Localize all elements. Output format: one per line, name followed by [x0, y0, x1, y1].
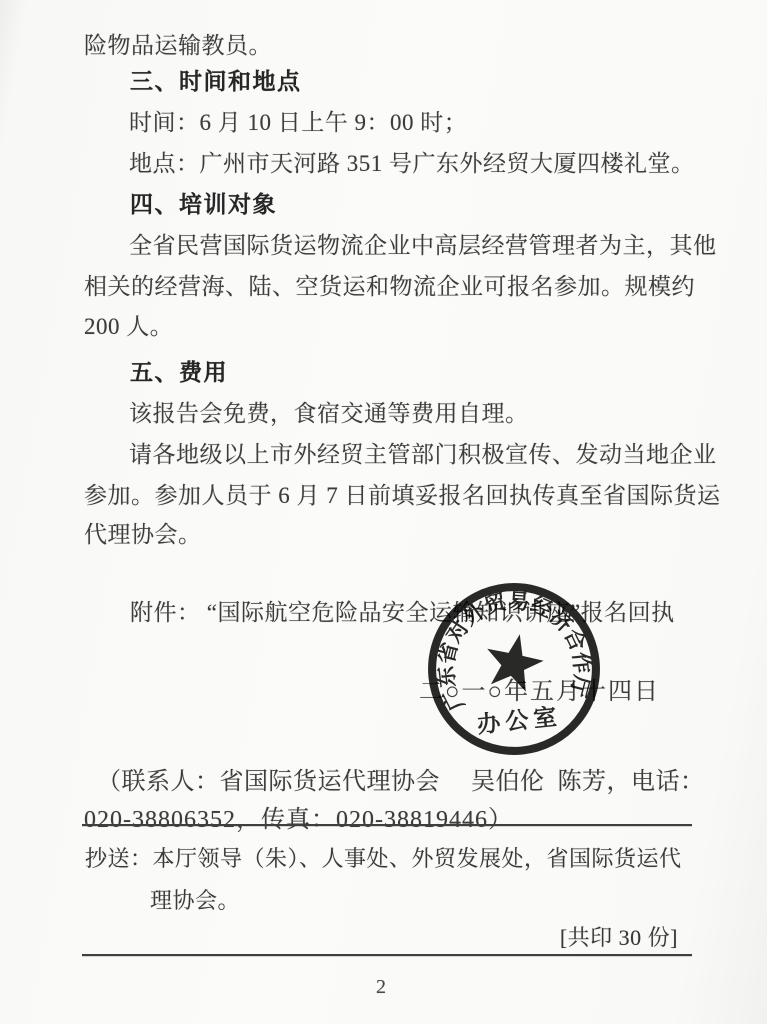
stamp-office-text: 办公室 — [476, 703, 563, 739]
section-heading-time: 三、时间和地点 — [130, 63, 302, 96]
body-line-continuation: 险物品运输教员。 — [84, 27, 272, 60]
separator-line-top — [82, 824, 692, 826]
section-heading-fee: 五、费用 — [130, 354, 228, 387]
body-line: 200 人。 — [84, 308, 173, 341]
cc-line: 理协会。 — [150, 884, 240, 915]
cc-line: 抄送：本厅领导（朱）、人事处、外贸发展处，省国际货运代 — [85, 842, 682, 873]
body-line: 请各地级以上市外经贸主管部门积极宣传、发动当地企业 — [129, 436, 717, 469]
page-number: 2 — [376, 976, 386, 999]
section-heading-trainees: 四、培训对象 — [130, 186, 277, 219]
body-line-place: 地点：广州市天河路 351 号广东外经贸大厦四楼礼堂。 — [129, 145, 695, 178]
contact-line: 020-38806352，传真：020-38819446） — [84, 799, 513, 834]
body-line: 该报告会免费，食宿交通等费用自理。 — [129, 395, 529, 428]
body-line: 参加。参加人员于 6 月 7 日前填妥报名回执传真至省国际货运 — [84, 477, 721, 510]
body-line: 全省民营国际货运物流企业中高层经营管理者为主，其他 — [129, 227, 717, 260]
scanned-document-page: 险物品运输教员。 三、时间和地点 时间：6 月 10 日上午 9：00 时； 地… — [0, 0, 767, 1024]
body-line: 代理协会。 — [84, 516, 202, 549]
body-line: 相关的经营海、陆、空货运和物流企业可报名参加。规模约 — [84, 268, 695, 301]
print-count: [共印 30 份] — [560, 921, 678, 952]
contact-line: （联系人：省国际货运代理协会 吴伯伦 陈芳，电话： — [97, 761, 705, 796]
separator-line-bottom — [82, 954, 692, 956]
official-stamp: 广东省对外贸易经济合作厅 办公室 — [415, 570, 613, 768]
body-line-time: 时间：6 月 10 日上午 9：00 时； — [129, 104, 467, 137]
stamp-star-icon — [480, 628, 548, 694]
